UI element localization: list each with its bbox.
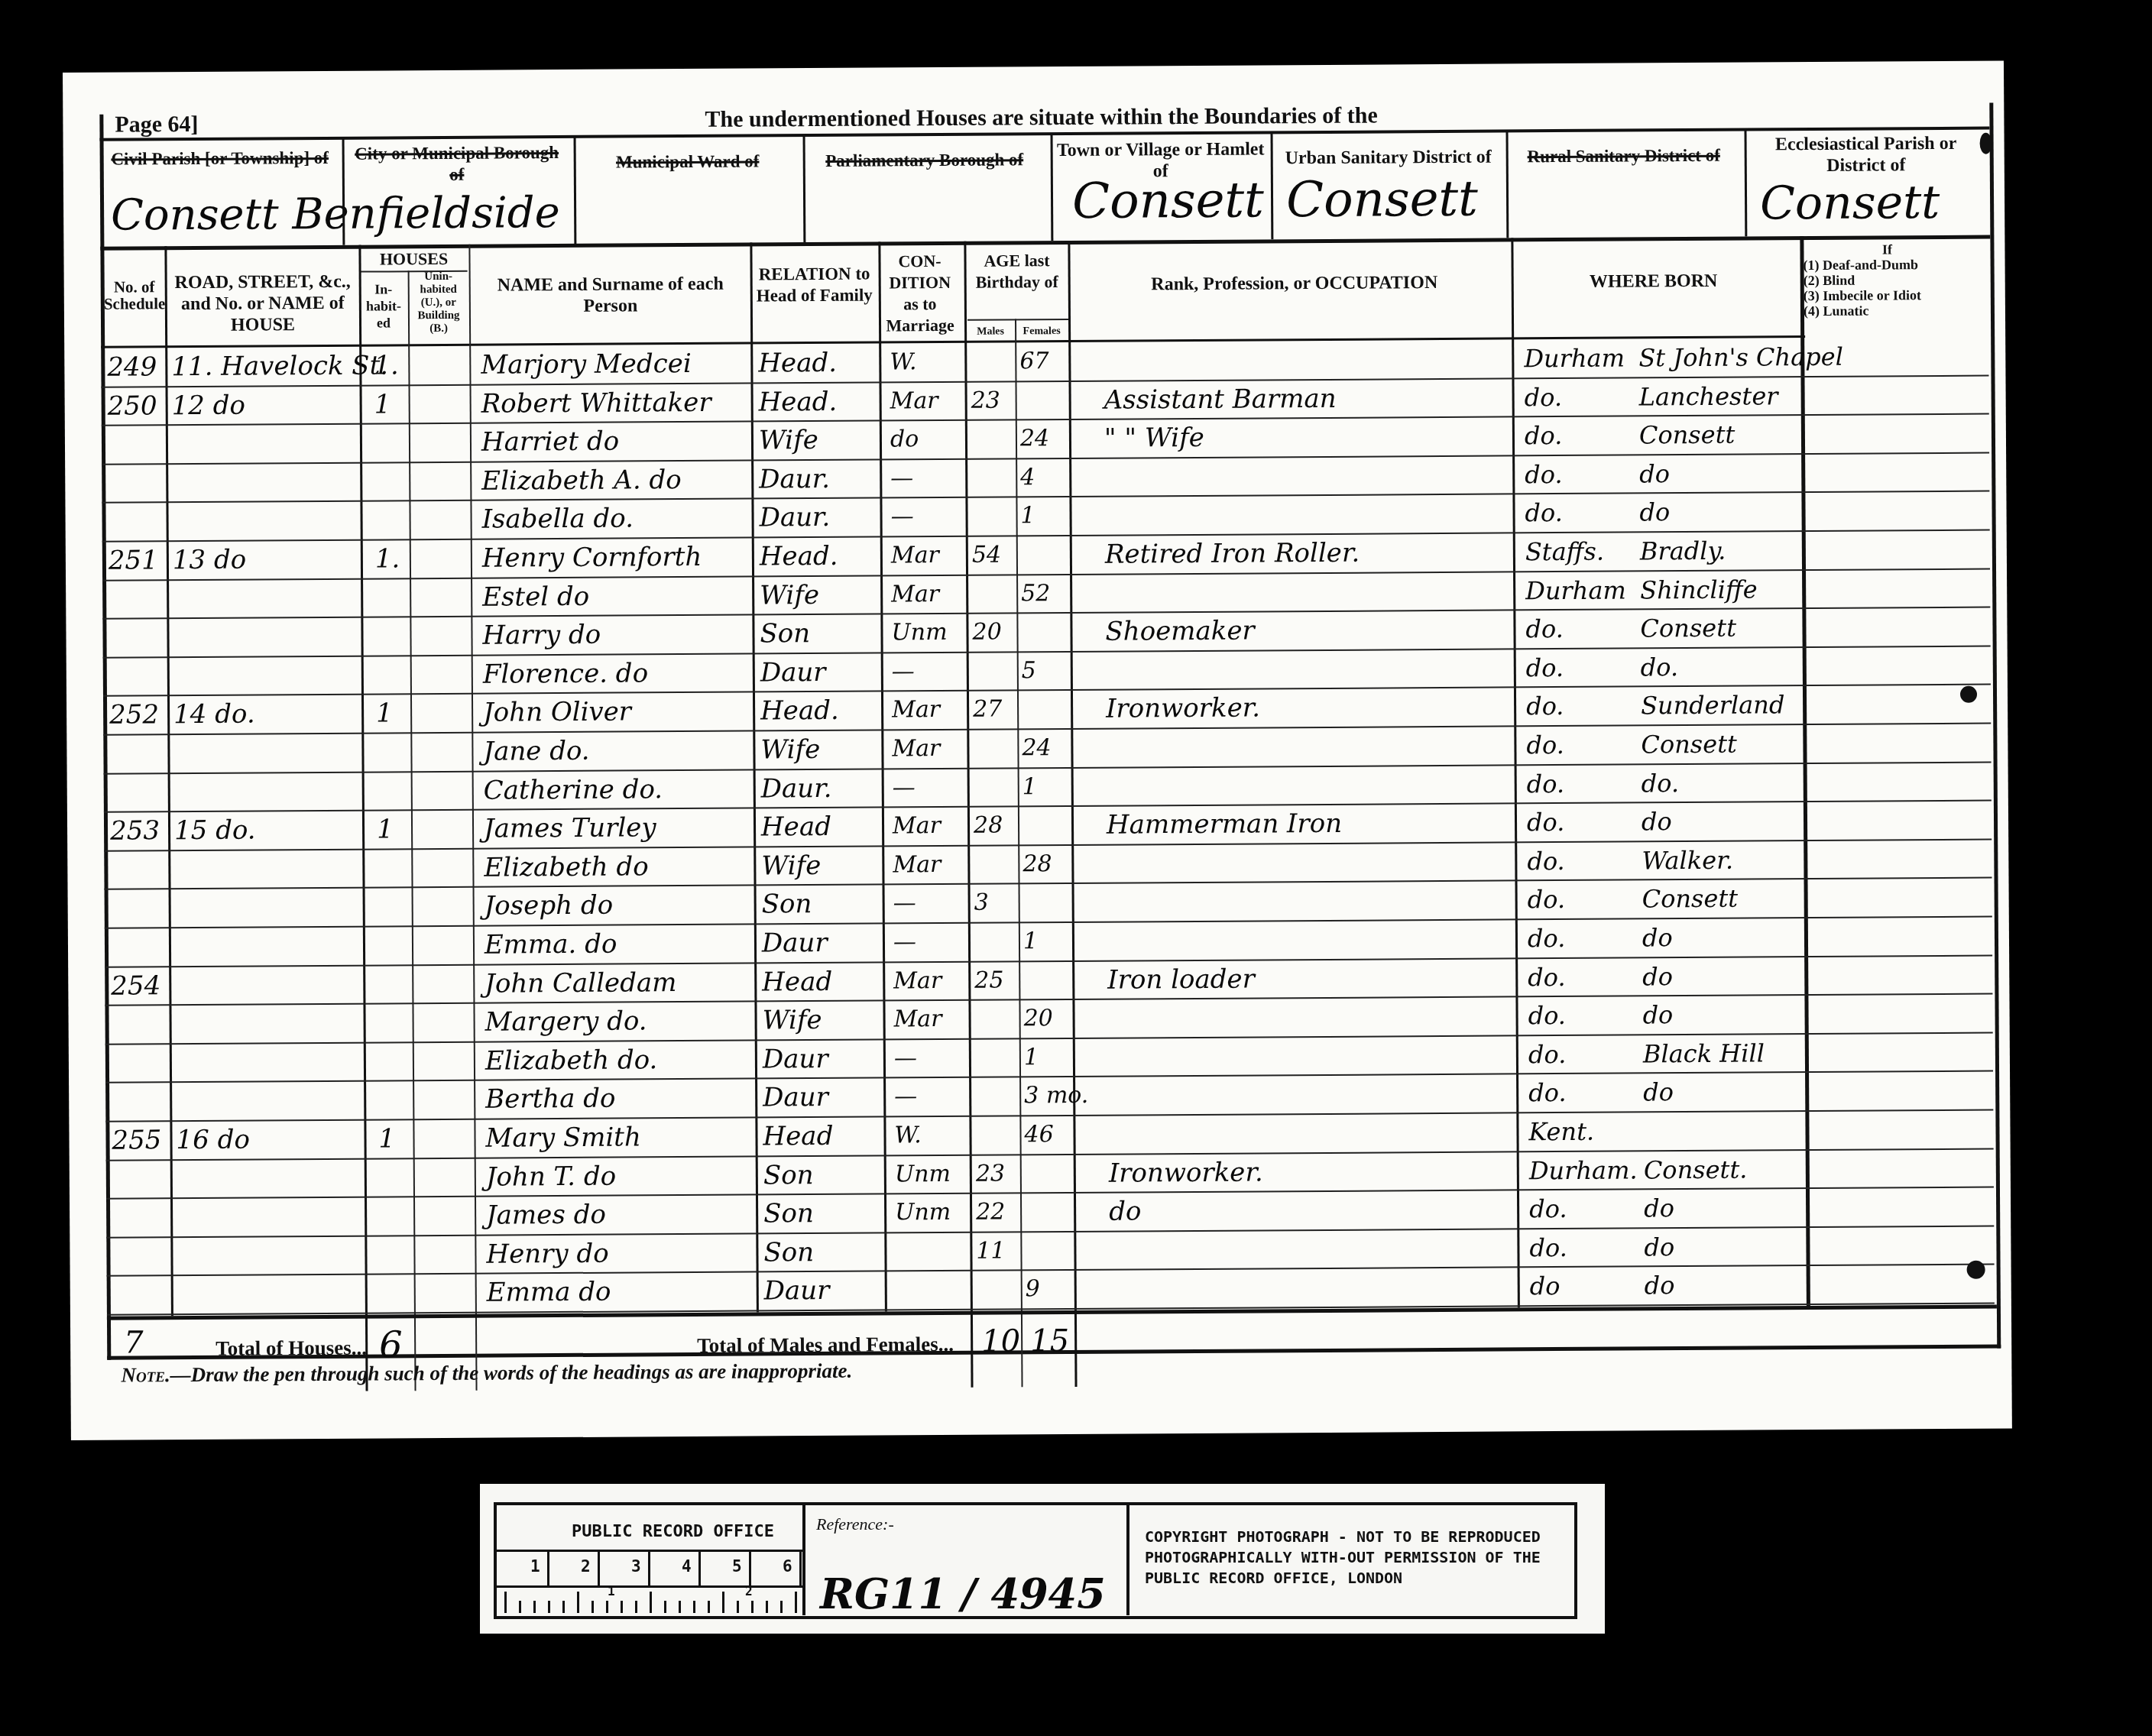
female-age: 67 (1019, 342, 1049, 381)
birthplace-county: do (1530, 1266, 1561, 1306)
ruler-tick (650, 1592, 652, 1613)
relation-to-head: Head. (760, 691, 839, 731)
col-inhabited: In-habit-ed (361, 280, 407, 331)
relation-to-head: Son (760, 614, 810, 653)
relation-to-head: Wife (761, 846, 821, 886)
person-name: Harriet do (481, 422, 619, 462)
birthplace-place: Consett (1642, 879, 1738, 919)
marital-condition: — (893, 922, 916, 962)
ruler-tick (737, 1601, 739, 1613)
marital-condition: — (894, 1038, 917, 1078)
table-row: 25516 do1Mary SmithHeadW.46Kent. (63, 60, 2004, 73)
infirmity-3: (3) Imbecile or Idiot (1804, 287, 1972, 303)
table-row: Catherine do.Daur.—1do.do. (63, 60, 2004, 73)
inhabited-count: 1 (374, 384, 391, 424)
total-males-value: 10 (981, 1323, 1020, 1359)
schedule-number: 254 (111, 966, 160, 1006)
birthplace-county: do. (1525, 609, 1564, 649)
marital-condition: Mar (893, 999, 941, 1039)
female-age: 1 (1023, 921, 1038, 961)
marital-condition: Unm (895, 1155, 951, 1194)
occupation: do (1109, 1192, 1142, 1232)
occupation: Iron loader (1107, 959, 1255, 999)
relation-to-head: Head. (758, 381, 837, 422)
schedule-number: 252 (109, 695, 159, 735)
birthplace-county: do. (1527, 764, 1565, 804)
birthplace-place: St John's Chapel (1638, 337, 1843, 378)
marital-condition: Mar (892, 690, 940, 730)
total-females-value: 15 (1030, 1323, 1069, 1359)
person-name: Emma. do (485, 925, 617, 965)
marital-condition: — (892, 652, 915, 691)
birthplace-place: do (1642, 957, 1673, 996)
road-house: 14 do. (173, 695, 255, 735)
table-row: Jane do.WifeMar24do.Consett (63, 60, 2004, 73)
person-name: Robert Whittaker (481, 382, 711, 423)
scale-number: 1 (530, 1557, 540, 1576)
female-age: 3 mo. (1024, 1076, 1088, 1116)
col-condition: CON-DITION as to Marriage (881, 251, 958, 337)
female-age: 5 (1022, 651, 1036, 691)
relation-to-head: Daur (763, 1039, 828, 1080)
col-age: AGE last Birthday of (967, 250, 1066, 293)
ruler-tick (766, 1601, 768, 1613)
birthplace-place: do (1639, 493, 1670, 533)
office-label: PUBLIC RECORD OFFICE (572, 1522, 774, 1541)
table-row: Joseph doSon—3do.Consett (63, 60, 2004, 73)
boundary-municipal-borough-label: City or Municipal Borough of (346, 142, 568, 186)
birthplace-county: Durham (1524, 338, 1625, 379)
marital-condition: Unm (891, 613, 947, 653)
ruler-tick (751, 1601, 754, 1613)
ruler-tick (577, 1592, 579, 1613)
reference-label: Reference:- (816, 1514, 894, 1534)
birthplace-county: Durham (1525, 570, 1626, 611)
marital-condition: Mar (891, 575, 939, 614)
ruler-tick (621, 1601, 623, 1613)
marital-condition: W. (894, 1116, 921, 1155)
table-row: John T. doSonUnm23Ironworker.Durham.Cons… (63, 60, 2004, 73)
infirmity-2: (2) Blind (1804, 272, 1972, 288)
ruler-tick (722, 1592, 724, 1613)
copyright-notice: COPYRIGHT PHOTOGRAPH - NOT TO BE REPRODU… (1145, 1527, 1542, 1589)
birthplace-county: do. (1529, 1189, 1567, 1229)
relation-to-head: Daur (762, 923, 828, 964)
occupation: " " Wife (1104, 418, 1204, 458)
birthplace-county: do. (1528, 996, 1566, 1035)
occupation: Ironworker. (1109, 1152, 1263, 1193)
person-name: Emma do (487, 1272, 611, 1313)
relation-to-head: Son (763, 1155, 814, 1195)
scale-number: 5 (732, 1557, 742, 1576)
birthplace-place: do (1643, 1073, 1674, 1113)
boundary-municipal-ward-label: Municipal Ward of (577, 151, 799, 173)
female-age: 1 (1024, 1038, 1039, 1077)
birthplace-county: do. (1529, 1228, 1567, 1268)
birthplace-place: Lanchester (1638, 376, 1778, 416)
table-row: Margery do.WifeMar20do.do (63, 60, 2004, 73)
tally-mark: 7 (124, 1325, 144, 1360)
table-row: 25214 do.1John OliverHead.Mar27Ironworke… (63, 60, 2004, 73)
marital-condition: — (890, 497, 913, 537)
ruler-tick (679, 1601, 681, 1613)
scale-number: 3 (631, 1557, 641, 1576)
col-males: Males (967, 323, 1013, 340)
birthplace-county: do. (1526, 725, 1564, 765)
table-row: Elizabeth doWifeMar28do.Walker. (63, 60, 2004, 73)
scale-number: 4 (682, 1557, 692, 1576)
person-name: Florence. do (483, 653, 649, 694)
marital-condition: — (893, 884, 916, 924)
ruler-tick (591, 1601, 594, 1613)
col-females: Females (1016, 323, 1067, 340)
birthplace-county: do. (1528, 1073, 1567, 1113)
road-house: 12 do (172, 385, 246, 426)
person-name: Joseph do (485, 886, 614, 926)
marital-condition: — (890, 458, 913, 498)
boundary-ecclesiastical-label: Ecclesiastical Parish or District of (1748, 133, 1985, 177)
boundary-rural-sanitary-label: Rural Sanitary District of (1509, 145, 1739, 168)
birthplace-place: do. (1642, 763, 1680, 803)
infirmity-4: (4) Lunatic (1804, 303, 1972, 319)
female-age: 9 (1026, 1270, 1040, 1310)
schedule-number: 250 (108, 386, 157, 426)
record-office-strip: PUBLIC RECORD OFFICE 123456 12 Reference… (480, 1484, 1605, 1634)
person-name: John T. do (486, 1156, 617, 1197)
person-name: Mary Smith (485, 1117, 641, 1158)
table-row: Harry doSonUnm20Shoemakerdo.Consett (63, 60, 2004, 73)
female-age: 4 (1020, 458, 1035, 497)
male-age: 27 (973, 690, 1003, 730)
ruler: 12 (497, 1585, 802, 1613)
relation-to-head: Wife (762, 1000, 822, 1040)
relation-to-head: Head (762, 961, 832, 1002)
person-name: Bertha do (485, 1079, 616, 1119)
male-age: 54 (972, 536, 1002, 575)
boundaries-row: Civil Parish [or Township] of Consett Be… (63, 60, 2004, 73)
occupation: Ironworker. (1106, 688, 1260, 729)
marital-condition: Mar (893, 961, 941, 1001)
male-age: 3 (974, 883, 989, 923)
person-name: Henry do (486, 1233, 608, 1274)
table-row: Harriet doWifedo24" " Wifedo.Consett (63, 60, 2004, 73)
ruler-tick (780, 1601, 783, 1613)
birthplace-place: do (1644, 1227, 1674, 1267)
scale-number: 6 (783, 1557, 792, 1576)
divider (802, 1502, 805, 1615)
ruler-tick (533, 1601, 536, 1613)
relation-to-head: Head (761, 807, 831, 847)
male-age: 22 (976, 1193, 1006, 1232)
birthplace-place: Consett (1641, 724, 1737, 765)
occupation: Hammerman Iron (1107, 804, 1342, 845)
relation-to-head: Son (763, 1193, 814, 1233)
birthplace-county: do. (1524, 377, 1562, 417)
divider (749, 1550, 751, 1585)
divider (698, 1550, 701, 1585)
female-age: 20 (1023, 999, 1053, 1038)
marital-condition: W. (890, 342, 916, 382)
relation-to-head: Daur. (759, 497, 830, 538)
schedule-number: 253 (110, 811, 160, 850)
schedule-number: 249 (107, 347, 157, 387)
birthplace-county: Staffs. (1525, 532, 1604, 572)
table-row: 25012 do1Robert WhittakerHead.Mar23Assis… (63, 60, 2004, 73)
relation-to-head: Wife (760, 730, 820, 769)
ruler-tick (562, 1601, 565, 1613)
inhabited-count: 1 (377, 810, 394, 850)
divider (799, 1550, 802, 1585)
total-houses-value: 6 (379, 1323, 403, 1366)
col-occupation: Rank, Profession, or OCCUPATION (1081, 271, 1509, 295)
relation-to-head: Son (762, 884, 812, 924)
census-rows: 24911. Havelock St.1.Marjory MedceiHead.… (63, 60, 2004, 73)
relation-to-head: Head (763, 1116, 833, 1157)
ruler-tick (519, 1601, 521, 1613)
table-row: James doSonUnm22dodo.do (63, 60, 2004, 73)
birthplace-county: do. (1526, 686, 1564, 726)
birthplace-county: Kent. (1528, 1112, 1594, 1152)
relation-to-head: Wife (760, 575, 819, 615)
table-row: Florence. doDaur—5do.do. (63, 60, 2004, 73)
person-name: Elizabeth do (484, 847, 649, 887)
occupation: Shoemaker (1105, 611, 1255, 652)
female-age: 1 (1023, 767, 1037, 807)
birthplace-place: do (1645, 1266, 1675, 1306)
col-houses: HOUSES (360, 251, 467, 268)
ink-blot (1967, 1261, 1985, 1279)
road-house: 13 do (173, 540, 247, 581)
boundary-ecclesiastical-value: Consett (1760, 176, 1940, 230)
relation-to-head: Son (763, 1232, 814, 1272)
occupation: Assistant Barman (1104, 378, 1336, 419)
person-name: Harry do (482, 615, 601, 656)
col-relation: RELATION to Head of Family (754, 264, 876, 307)
birthplace-county: do. (1528, 918, 1566, 958)
note: Note.—Draw the pen through such of the w… (121, 1359, 852, 1388)
table-row: Estel doWifeMar52DurhamShincliffe (63, 60, 2004, 73)
ruler-tick (693, 1601, 695, 1613)
birthplace-county: do. (1528, 1035, 1567, 1074)
boundary-urban-sanitary-value: Consett (1286, 171, 1478, 229)
birthplace-county: do. (1525, 493, 1563, 533)
table-row: Elizabeth do.Daur—1do.Black Hill (63, 60, 2004, 73)
female-age: 24 (1022, 728, 1052, 768)
birthplace-place: Black Hill (1643, 1033, 1765, 1074)
marital-condition: Mar (893, 806, 941, 846)
marital-condition: do (890, 419, 919, 459)
birthplace-place: Shincliffe (1640, 569, 1758, 610)
col-road: ROAD, STREET, &c., and No. or NAME of HO… (171, 271, 355, 336)
birthplace-place: do (1642, 802, 1672, 841)
birthplace-county: do. (1525, 416, 1563, 455)
boundary-civil-parish-value: Consett Benfieldside (111, 188, 560, 241)
marital-condition: Mar (890, 381, 938, 421)
table-row: 24911. Havelock St.1.Marjory MedceiHead.… (63, 60, 2004, 73)
birthplace-place: Consett. (1644, 1149, 1748, 1190)
total-houses-label: Total of Houses... (216, 1336, 367, 1361)
inhabited-count: 1. (374, 345, 399, 385)
road-house: 16 do (176, 1120, 250, 1161)
birthplace-county: do. (1527, 879, 1565, 919)
person-name: Catherine do. (484, 769, 663, 810)
person-name: Margery do. (485, 1002, 647, 1042)
person-name: James Turley (484, 808, 656, 848)
birthplace-county: do. (1527, 802, 1565, 842)
birthplace-place: Sunderland (1641, 685, 1785, 726)
male-age: 11 (976, 1231, 1006, 1271)
relation-to-head: Daur (764, 1271, 830, 1311)
table-row: 25113 do1.Henry CornforthHead.Mar54Retir… (63, 60, 2004, 73)
col-where-born: WHERE BORN (1516, 270, 1791, 293)
birthplace-place: do (1639, 454, 1670, 494)
table-row: Elizabeth A. doDaur.—4do.do (63, 60, 2004, 73)
table-row: 254John CalledamHeadMar25Iron loaderdo.d… (63, 60, 2004, 73)
birthplace-place: Bradly. (1640, 531, 1726, 572)
road-house: 15 do. (174, 811, 256, 851)
birthplace-place: do (1642, 918, 1673, 957)
relation-to-head: Daur. (759, 459, 830, 500)
female-age: 28 (1023, 844, 1052, 884)
marital-condition: Mar (892, 729, 940, 769)
birthplace-county: do. (1526, 648, 1564, 688)
boundary-urban-sanitary-label: Urban Sanitary District of (1274, 146, 1503, 169)
scale-number: 2 (581, 1557, 591, 1576)
relation-to-head: Daur (760, 653, 826, 693)
relation-to-head: Daur. (761, 768, 832, 808)
divider (648, 1550, 650, 1585)
male-age: 20 (972, 613, 1002, 653)
birthplace-place: do. (1641, 647, 1679, 687)
ruler-tick (504, 1592, 507, 1613)
ruler-number: 1 (608, 1584, 615, 1598)
ruler-tick (635, 1601, 637, 1613)
female-age: 1 (1020, 497, 1035, 536)
totals-row: 7 Total of Houses... 6 Total of Males an… (63, 60, 2004, 73)
note-text: —Draw the pen through such of the words … (170, 1359, 853, 1386)
birthplace-county: do. (1525, 455, 1563, 494)
person-name: Henry Cornforth (482, 537, 702, 578)
divider (547, 1550, 549, 1585)
census-page: Page 64] The undermentioned Houses are s… (63, 60, 2012, 1440)
ink-blot (1960, 686, 1977, 703)
birthplace-place: Consett (1639, 415, 1736, 455)
reference-value: RG11 / 4945 (820, 1569, 1106, 1618)
birthplace-place: do (1642, 995, 1673, 1035)
col-name: NAME and Surname of each Person (477, 274, 744, 318)
schedule-number: 255 (112, 1120, 161, 1160)
table-row: Isabella do.Daur.—1do.do (63, 60, 2004, 73)
ruler-tick (606, 1601, 608, 1613)
relation-to-head: Head. (760, 536, 838, 577)
person-name: Jane do. (483, 731, 589, 772)
col-schedule: No. of Schedule (104, 278, 165, 312)
boundary-town-value: Consett (1072, 172, 1264, 230)
ruler-tick (708, 1601, 710, 1613)
person-name: Isabella do. (481, 499, 634, 539)
ruler-tick (664, 1601, 666, 1613)
birthplace-place: do (1644, 1188, 1674, 1228)
boundary-civil-parish-label: Civil Parish [or Township] of (105, 147, 335, 170)
relation-to-head: Daur (763, 1077, 828, 1118)
person-name: Estel do (482, 576, 589, 617)
marital-condition: Unm (895, 1193, 951, 1232)
table-row: Emma doDaur9dodo (63, 60, 2004, 73)
inhabited-count: 1 (376, 694, 393, 734)
ruler-tick (548, 1601, 550, 1613)
inhabited-count: 1 (378, 1119, 395, 1158)
female-age: 24 (1020, 419, 1050, 458)
relation-to-head: Head. (758, 343, 837, 384)
person-name: Marjory Medcei (481, 344, 692, 385)
ruler-number: 2 (745, 1584, 753, 1598)
divider (1126, 1502, 1129, 1615)
ruler-tick (795, 1592, 797, 1613)
table-row: 25315 do.1James TurleyHeadMar28Hammerman… (63, 60, 2004, 73)
female-age: 46 (1024, 1115, 1054, 1155)
person-name: John Oliver (483, 692, 631, 733)
female-age: 52 (1021, 574, 1051, 614)
person-name: James do (486, 1195, 606, 1236)
person-name: John Calledam (485, 963, 676, 1004)
marital-condition: — (894, 1077, 917, 1117)
column-headers: No. of Schedule ROAD, STREET, &c., and N… (63, 60, 2004, 73)
infirmity-1: (1) Deaf-and-Dumb (1804, 257, 1972, 273)
ink-blot (1980, 133, 1992, 154)
col-uninhabited: Unin-habited (U.), or Building (B.) (410, 270, 468, 335)
male-age: 28 (974, 806, 1003, 846)
table-row: Emma. doDaur—1do.do (63, 60, 2004, 73)
birthplace-county: Durham. (1529, 1150, 1638, 1190)
marital-condition: — (893, 768, 916, 808)
divider (598, 1550, 600, 1585)
marital-condition: Mar (891, 536, 939, 575)
marital-condition: Mar (893, 845, 941, 885)
total-persons-label: Total of Males and Females... (697, 1333, 954, 1358)
male-age: 25 (974, 960, 1004, 1000)
table-row: Bertha doDaur—3 mo.do.do (63, 60, 2004, 73)
birthplace-county: do. (1527, 841, 1565, 881)
male-age: 23 (971, 381, 1000, 420)
birthplace-place: Consett (1640, 608, 1736, 649)
col-infirmity: If (1) Deaf-and-Dumb (2) Blind (3) Imbec… (1803, 241, 1972, 319)
occupation: Retired Iron Roller. (1105, 533, 1360, 575)
inhabited-count: 1. (375, 539, 400, 578)
birthplace-county: do. (1528, 957, 1566, 997)
boundary-label: Civil Parish [or Township] of (111, 148, 329, 169)
birthplace-place: Walker. (1642, 840, 1733, 880)
table-row: Henry doSon11do.do (63, 60, 2004, 73)
infirmity-if: If (1803, 241, 1971, 257)
relation-to-head: Wife (759, 420, 818, 460)
road-house: 11. Havelock St. (171, 345, 388, 387)
male-age: 23 (976, 1154, 1006, 1193)
person-name: Elizabeth A. do (481, 460, 682, 501)
person-name: Elizabeth do. (485, 1040, 658, 1080)
schedule-number: 251 (109, 540, 158, 580)
note-prefix: Note. (121, 1363, 170, 1386)
boundary-parliamentary-label: Parliamentary Borough of (806, 149, 1043, 172)
